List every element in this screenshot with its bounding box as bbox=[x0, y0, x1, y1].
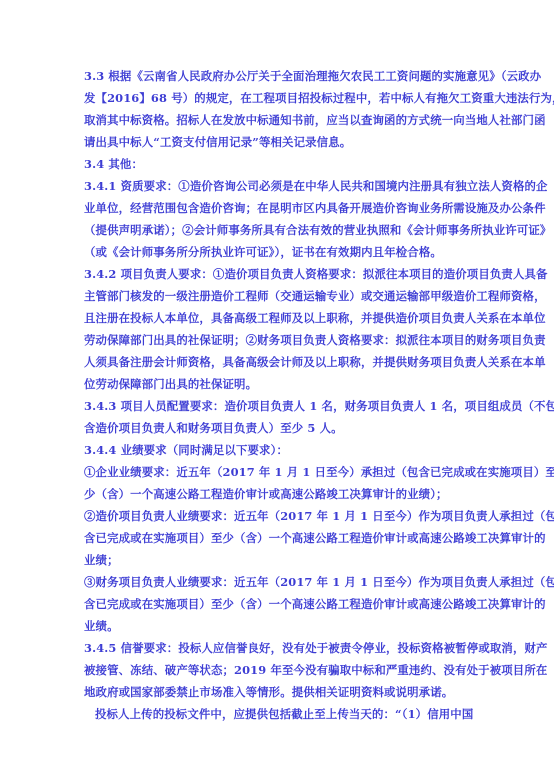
text-line-1: 3.3 根据《云南省人民政府办公厅关于全面治理拖欠农民工工资问题的实施意见》（云… bbox=[84, 65, 470, 87]
document-body: 3.3 根据《云南省人民政府办公厅关于全面治理拖欠农民工工资问题的实施意见》（云… bbox=[84, 65, 470, 725]
text-line-12: 且注册在投标人本单位，具备高级工程师及以上职称，并提供造价项目负责人关系在本单位 bbox=[84, 307, 470, 329]
text-line-20: 少（含）一个高速公路工程造价审计或高速公路竣工决算审计的业绩）； bbox=[84, 483, 470, 505]
text-line-2: 发【2016】68 号）的规定，在工程项目招投标过程中，若中标人有拖欠工资重大违… bbox=[84, 87, 470, 109]
text-line-22: 含已完成或在实施项目）至少（含）一个高速公路工程造价审计或高速公路竣工决算审计的 bbox=[84, 527, 470, 549]
text-line-14: 人须具备注册会计师资格，具备高级会计师及以上职称，并提供财务项目负责人关系在本单 bbox=[84, 351, 470, 373]
text-line-23: 业绩； bbox=[84, 549, 470, 571]
text-line-9: （或《会计师事务所分所执业许可证》），证书在有效期内且年检合格。 bbox=[84, 241, 470, 263]
text-line-4: 请出具中标人“工资支付信用记录”等相关记录信息。 bbox=[84, 131, 470, 153]
text-line-26: 业绩。 bbox=[84, 615, 470, 637]
text-line-28: 被接管、冻结、破产等状态；2019 年至今没有骗取中标和严重违约、没有处于被项目… bbox=[84, 659, 470, 681]
text-line-19: ①企业业绩要求：近五年（2017 年 1 月 1 日至今）承担过（包含已完成或在… bbox=[84, 461, 470, 483]
document-page: 3.3 根据《云南省人民政府办公厅关于全面治理拖欠农民工工资问题的实施意见》（云… bbox=[0, 0, 554, 783]
text-line-24: ③财务项目负责人业绩要求：近五年（2017 年 1 月 1 日至今）作为项目负责… bbox=[84, 571, 470, 593]
text-line-16: 3.4.3 项目人员配置要求：造价项目负责人 1 名，财务项目负责人 1 名，项… bbox=[84, 395, 470, 417]
section-heading-3-4-4: 3.4.4 业绩要求（同时满足以下要求）： bbox=[84, 439, 470, 461]
text-line-27: 3.4.5 信誉要求：投标人应信誉良好，没有处于被责令停业，投标资格被暂停或取消… bbox=[84, 637, 470, 659]
text-line-17: 含造价项目负责人和财务项目负责人）至少 5 人。 bbox=[84, 417, 470, 439]
text-line-7: 业单位，经营范围包含造价咨询；在昆明市区内具备开展造价咨询业务所需设施及办公条件 bbox=[84, 197, 470, 219]
text-line-25: 含已完成或在实施项目）至少（含）一个高速公路工程造价审计或高速公路竣工决算审计的 bbox=[84, 593, 470, 615]
text-line-6: 3.4.1 资质要求：①造价咨询公司必须是在中华人民共和国境内注册具有独立法人资… bbox=[84, 175, 470, 197]
text-line-29: 地政府或国家部委禁止市场准入等情形。提供相关证明资料或说明承诺。 bbox=[84, 681, 470, 703]
text-line-3: 取消其中标资格。招标人在发放中标通知书前，应当以查询函的方式统一向当地人社部门函 bbox=[84, 109, 470, 131]
text-line-13: 劳动保障部门出具的社保证明；②财务项目负责人资格要求：拟派往本项目的财务项目负责 bbox=[84, 329, 470, 351]
text-line-10: 3.4.2 项目负责人要求：①造价项目负责人资格要求：拟派往本项目的造价项目负责… bbox=[84, 263, 470, 285]
text-line-15: 位劳动保障部门出具的社保证明。 bbox=[84, 373, 470, 395]
text-line-21: ②造价项目负责人业绩要求：近五年（2017 年 1 月 1 日至今）作为项目负责… bbox=[84, 505, 470, 527]
text-line-8: （提供声明承诺）；②会计师事务所具有合法有效的营业执照和《会计师事务所执业许可证… bbox=[84, 219, 470, 241]
text-line-11: 主管部门核发的一级注册造价工程师（交通运输专业）或交通运输部甲级造价工程师资格， bbox=[84, 285, 470, 307]
text-line-30: 投标人上传的投标文件中，应提供包括截止至上传当天的：“（1）信用中国 bbox=[84, 703, 470, 725]
section-heading-3-4: 3.4 其他： bbox=[84, 153, 470, 175]
